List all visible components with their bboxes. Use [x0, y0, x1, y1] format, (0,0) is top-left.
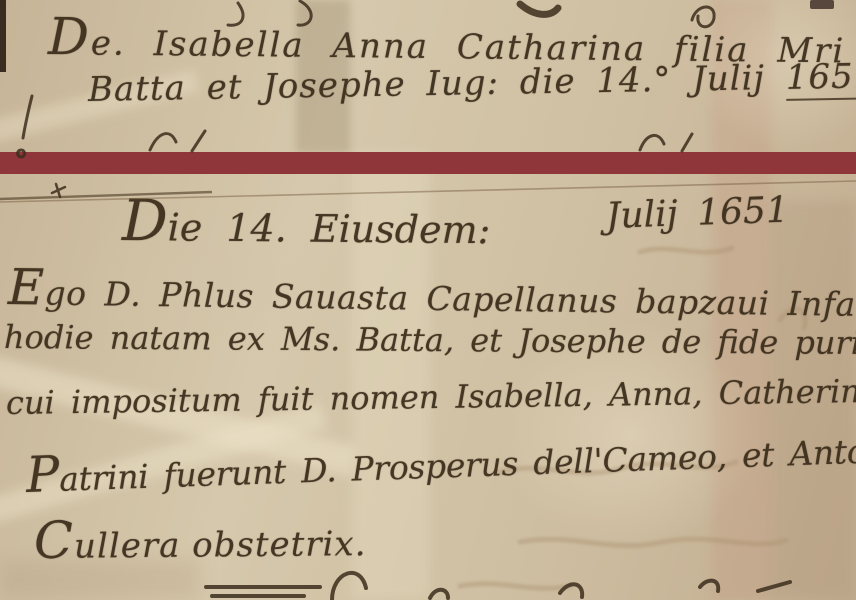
underlined-year: 1651.-	[785, 56, 856, 101]
manuscript-photo: De. Isabella Anna Catharina filia Mri Ba…	[0, 0, 856, 600]
manuscript-line-bottom-5: Patrini fuerunt D. Prosperus dell'Cameo,…	[25, 414, 856, 504]
manuscript-line-bottom-3: hodie natam ex Ms. Batta, et Josephe de …	[4, 318, 856, 362]
ink-smudge	[810, 0, 834, 9]
manuscript-date-line-left: Die 14. Eiusdem:	[122, 188, 491, 257]
manuscript-line-bottom-6: Cullera obstetrix.	[34, 509, 367, 571]
page-edge-shadow	[0, 0, 6, 72]
manuscript-date-line-right: Julij 1651	[605, 190, 789, 237]
section-divider-bar	[0, 152, 856, 174]
manuscript-line-bottom-4: cui impositum fuit nomen Isabella, Anna,…	[6, 372, 856, 422]
